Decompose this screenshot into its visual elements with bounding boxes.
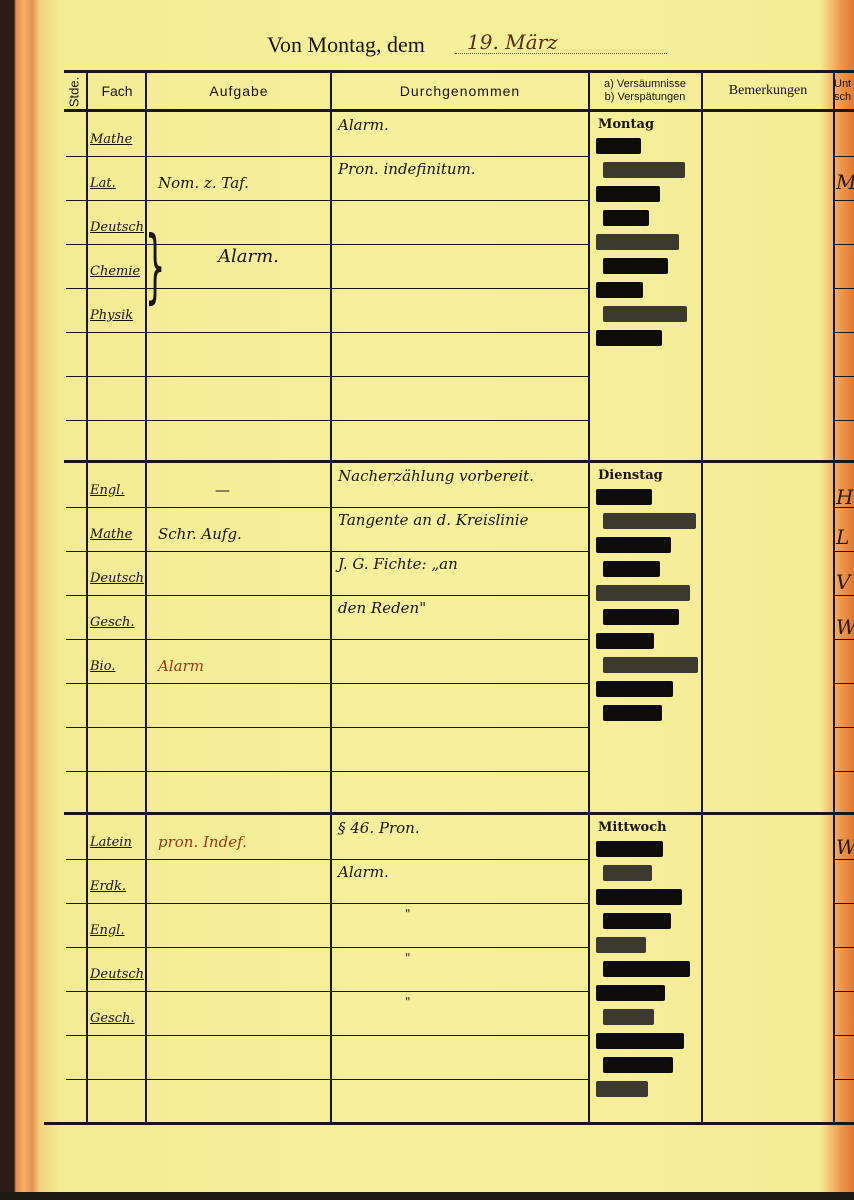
row-rule	[835, 727, 854, 728]
column-divider	[330, 463, 332, 812]
row-rule	[88, 420, 145, 421]
row-rule	[332, 507, 588, 508]
redacted-name	[603, 210, 649, 226]
redacted-name	[603, 705, 662, 721]
row-rule	[147, 947, 330, 948]
row-rule	[835, 771, 854, 772]
day-label: Dienstag	[598, 468, 663, 483]
row-tick	[66, 639, 86, 640]
header-divider	[588, 72, 590, 110]
row-rule	[835, 376, 854, 377]
header-divider	[145, 72, 147, 110]
row-tick	[66, 683, 86, 684]
column-divider	[701, 112, 703, 460]
row-rule	[147, 200, 330, 201]
row-rule	[88, 551, 145, 552]
assignment-cell: Alarm.	[218, 246, 279, 267]
row-rule	[332, 244, 588, 245]
covered-cell: "	[405, 907, 411, 921]
row-rule	[88, 595, 145, 596]
header-divider	[833, 72, 835, 110]
covered-cell: Pron. indefinitum.	[338, 160, 476, 178]
row-rule	[332, 376, 588, 377]
row-rule	[835, 683, 854, 684]
column-divider	[833, 112, 835, 460]
row-rule	[147, 595, 330, 596]
redacted-name	[603, 609, 679, 625]
assignment-cell: —	[215, 481, 230, 499]
row-rule	[147, 288, 330, 289]
row-rule	[332, 639, 588, 640]
row-rule	[147, 420, 330, 421]
redacted-name	[603, 865, 652, 881]
row-rule	[88, 332, 145, 333]
subject-cell: Deutsch	[90, 571, 144, 586]
row-rule	[332, 595, 588, 596]
row-rule	[835, 1035, 854, 1036]
redacted-name	[596, 937, 646, 953]
signature-mark: W	[836, 615, 854, 639]
row-rule	[332, 727, 588, 728]
redacted-name	[596, 633, 654, 649]
redacted-name	[596, 282, 643, 298]
row-tick	[66, 1079, 86, 1080]
row-tick	[66, 200, 86, 201]
day-separator	[64, 460, 854, 463]
row-rule	[88, 947, 145, 948]
covered-cell: "	[405, 995, 411, 1009]
row-rule	[835, 420, 854, 421]
row-rule	[147, 639, 330, 640]
header-divider	[86, 72, 88, 110]
row-rule	[147, 903, 330, 904]
row-tick	[66, 771, 86, 772]
column-header-stunde: Stde.	[64, 74, 84, 110]
redacted-name	[596, 841, 663, 857]
column-divider	[86, 112, 88, 460]
header-divider	[330, 72, 332, 110]
row-rule	[835, 156, 854, 157]
row-rule	[88, 376, 145, 377]
subject-cell: Gesch.	[90, 615, 135, 630]
row-tick	[66, 727, 86, 728]
row-rule	[88, 1079, 145, 1080]
row-rule	[147, 376, 330, 377]
row-tick	[66, 595, 86, 596]
subject-cell: Bio.	[90, 659, 115, 674]
row-rule	[88, 200, 145, 201]
signature-mark: V	[836, 570, 850, 594]
redacted-name	[603, 1009, 654, 1025]
column-header-fach: Fach	[88, 72, 146, 110]
row-rule	[332, 332, 588, 333]
signature-mark: M	[836, 170, 854, 194]
redacted-name	[596, 138, 641, 154]
covered-cell: den Reden"	[338, 599, 426, 617]
day-label: Montag	[598, 117, 654, 132]
redacted-name	[603, 657, 698, 673]
redacted-name	[603, 258, 668, 274]
redacted-name	[603, 1057, 673, 1073]
row-rule	[147, 683, 330, 684]
subject-cell: Physik	[90, 308, 133, 323]
header-divider	[701, 72, 703, 110]
signature-mark: H	[836, 485, 853, 509]
assignment-cell: pron. Indef.	[158, 833, 247, 851]
redacted-name	[596, 585, 690, 601]
row-rule	[88, 1035, 145, 1036]
subject-cell: Latein	[90, 835, 132, 850]
column-header-bemerkungen: Bemerkungen	[703, 72, 833, 110]
row-rule	[835, 1079, 854, 1080]
row-tick	[66, 859, 86, 860]
row-tick	[66, 991, 86, 992]
covered-cell: § 46. Pron.	[338, 819, 420, 837]
page-title-date: 19. März	[455, 30, 667, 54]
redacted-name	[603, 961, 690, 977]
redacted-name	[603, 913, 671, 929]
row-rule	[88, 288, 145, 289]
row-rule	[332, 551, 588, 552]
assignment-cell: Schr. Aufg.	[158, 525, 242, 543]
redacted-name	[603, 306, 687, 322]
row-rule	[835, 991, 854, 992]
row-rule	[147, 244, 330, 245]
row-tick	[66, 288, 86, 289]
subject-cell: Lat.	[90, 176, 116, 191]
covered-cell: "	[405, 951, 411, 965]
redacted-name	[596, 186, 660, 202]
subject-cell: Mathe	[90, 527, 132, 542]
subject-cell: Gesch.	[90, 1011, 135, 1026]
row-rule	[332, 947, 588, 948]
column-divider	[588, 815, 590, 1122]
page-title-prefix: Von Montag, dem	[267, 32, 425, 58]
row-rule	[88, 244, 145, 245]
row-rule	[332, 859, 588, 860]
row-rule	[147, 771, 330, 772]
column-header-unterschrift: Unt sch	[834, 72, 854, 110]
column-divider	[330, 112, 332, 460]
row-rule	[147, 727, 330, 728]
row-tick	[66, 1035, 86, 1036]
row-rule	[147, 507, 330, 508]
row-rule	[147, 859, 330, 860]
redacted-name	[596, 330, 662, 346]
covered-cell: Tangente an d. Kreislinie	[338, 511, 528, 529]
row-rule	[147, 991, 330, 992]
column-divider	[833, 463, 835, 812]
row-rule	[835, 332, 854, 333]
row-rule	[88, 639, 145, 640]
absences-label-a: a) Versäumnisse	[604, 78, 686, 91]
row-rule	[88, 771, 145, 772]
row-rule	[147, 156, 330, 157]
row-rule	[332, 1035, 588, 1036]
row-rule	[835, 288, 854, 289]
redacted-name	[596, 537, 671, 553]
redacted-name	[596, 234, 679, 250]
row-tick	[66, 244, 86, 245]
column-divider	[86, 463, 88, 812]
row-tick	[66, 332, 86, 333]
covered-cell: Nacherzählung vorbereit.	[338, 467, 534, 485]
row-tick	[66, 420, 86, 421]
subject-cell: Erdk.	[90, 879, 126, 894]
column-divider	[86, 815, 88, 1122]
assignment-cell: Nom. z. Taf.	[158, 174, 249, 192]
column-header-absences: a) Versäumnisse b) Verspätungen	[590, 72, 700, 110]
covered-cell: Alarm.	[338, 863, 389, 881]
signature-mark: W	[836, 835, 854, 859]
row-tick	[66, 507, 86, 508]
footer-rule	[44, 1122, 854, 1125]
row-rule	[88, 683, 145, 684]
row-rule	[835, 200, 854, 201]
redacted-name	[596, 681, 673, 697]
redacted-name	[603, 513, 696, 529]
row-rule	[147, 332, 330, 333]
row-rule	[332, 420, 588, 421]
row-rule	[332, 288, 588, 289]
column-divider	[701, 815, 703, 1122]
redacted-name	[596, 1033, 684, 1049]
subject-cell: Mathe	[90, 132, 132, 147]
column-divider	[145, 463, 147, 812]
column-header-durchgenommen: Durchgenommen	[332, 72, 588, 110]
row-rule	[332, 991, 588, 992]
subject-cell: Engl.	[90, 483, 124, 498]
subject-cell: Deutsch	[90, 220, 144, 235]
column-divider	[330, 815, 332, 1122]
redacted-name	[603, 162, 685, 178]
row-tick	[66, 376, 86, 377]
row-rule	[332, 683, 588, 684]
assignment-cell: Alarm	[158, 657, 204, 675]
day-label: Mittwoch	[598, 820, 667, 835]
column-divider	[588, 463, 590, 812]
redacted-name	[596, 889, 682, 905]
redacted-name	[596, 985, 665, 1001]
row-rule	[147, 551, 330, 552]
row-tick	[66, 551, 86, 552]
row-rule	[88, 727, 145, 728]
day-separator	[64, 812, 854, 815]
redacted-name	[596, 489, 652, 505]
row-tick	[66, 947, 86, 948]
column-divider	[588, 112, 590, 460]
column-divider	[833, 815, 835, 1122]
brace-icon: }	[145, 226, 165, 306]
subject-cell: Chemie	[90, 264, 140, 279]
subject-cell: Engl.	[90, 923, 124, 938]
column-divider	[701, 463, 703, 812]
ledger-page: Von Montag, dem 19. März Stde. Fach Aufg…	[0, 0, 854, 1200]
row-rule	[835, 244, 854, 245]
row-rule	[332, 771, 588, 772]
row-rule	[835, 859, 854, 860]
row-rule	[147, 1035, 330, 1036]
row-rule	[332, 903, 588, 904]
row-rule	[835, 639, 854, 640]
column-header-aufgabe: Aufgabe	[148, 72, 330, 110]
row-tick	[66, 903, 86, 904]
row-tick	[66, 156, 86, 157]
row-rule	[835, 595, 854, 596]
redacted-name	[603, 561, 660, 577]
covered-cell: Alarm.	[338, 116, 389, 134]
subject-cell: Deutsch	[90, 967, 144, 982]
row-rule	[332, 1079, 588, 1080]
row-rule	[88, 991, 145, 992]
row-rule	[88, 156, 145, 157]
row-rule	[835, 903, 854, 904]
covered-cell: J. G. Fichte: „an	[338, 555, 458, 573]
row-rule	[88, 903, 145, 904]
row-rule	[88, 507, 145, 508]
signature-mark: L	[836, 525, 849, 549]
redacted-name	[596, 1081, 648, 1097]
row-rule	[835, 551, 854, 552]
row-rule	[147, 1079, 330, 1080]
absences-label-b: b) Verspätungen	[605, 91, 686, 104]
row-rule	[332, 200, 588, 201]
column-divider	[145, 815, 147, 1122]
row-rule	[88, 859, 145, 860]
row-rule	[835, 947, 854, 948]
row-rule	[332, 156, 588, 157]
